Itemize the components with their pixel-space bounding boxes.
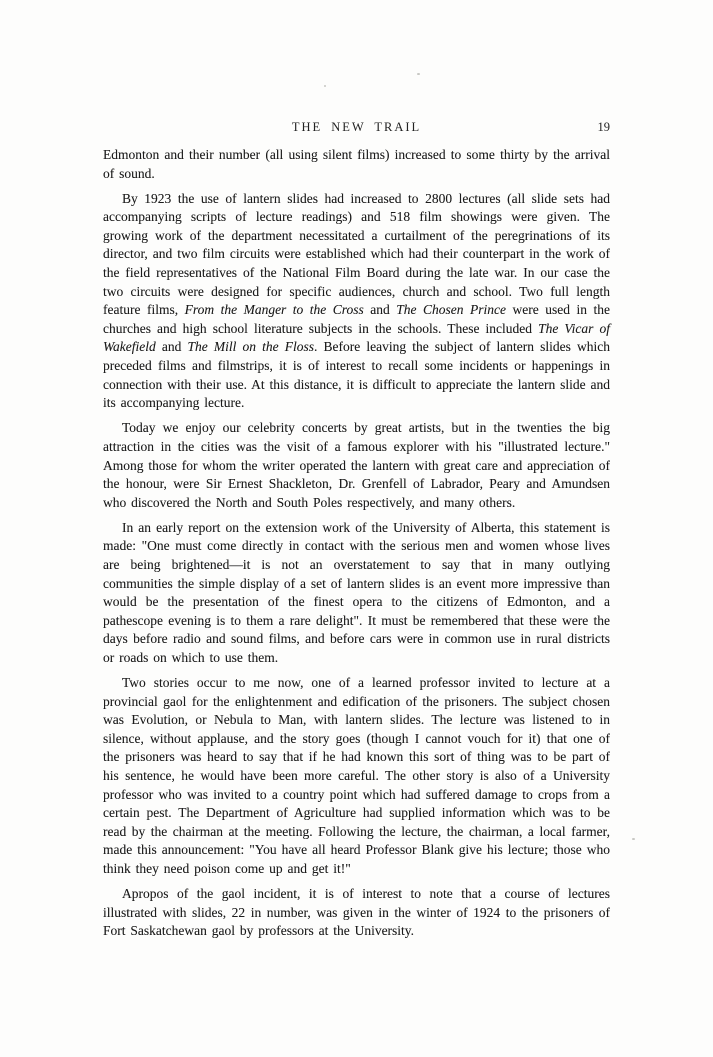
page-number: 19: [598, 120, 611, 135]
scan-speck: [324, 85, 326, 87]
paragraph: Edmonton and their number (all using sil…: [103, 146, 610, 183]
text-segment: Apropos of the gaol incident, it is of i…: [103, 886, 610, 938]
page-body: Edmonton and their number (all using sil…: [103, 146, 610, 947]
scan-speck: [417, 73, 420, 75]
paragraph: Two stories occur to me now, one of a le…: [103, 674, 610, 879]
text-segment: Edmonton and their number (all using sil…: [103, 147, 610, 181]
paragraph: Today we enjoy our celebrity concerts by…: [103, 419, 610, 512]
italic-text-segment: The Chosen Prince: [396, 302, 506, 317]
text-segment: and: [364, 302, 396, 317]
scan-speck: [632, 838, 635, 840]
italic-text-segment: From the Manger to the Cross: [185, 302, 364, 317]
paragraph: By 1923 the use of lantern slides had in…: [103, 190, 610, 413]
paragraph: In an early report on the extension work…: [103, 519, 610, 668]
paragraph: Apropos of the gaol incident, it is of i…: [103, 885, 610, 941]
text-segment: Today we enjoy our celebrity concerts by…: [103, 420, 610, 509]
running-head: THE NEW TRAIL 19: [103, 120, 610, 138]
text-segment: In an early report on the extension work…: [103, 520, 610, 665]
text-segment: By 1923 the use of lantern slides had in…: [103, 191, 610, 318]
page-title: THE NEW TRAIL: [103, 120, 610, 135]
text-segment: and: [156, 339, 188, 354]
text-segment: Two stories occur to me now, one of a le…: [103, 675, 610, 876]
italic-text-segment: The Mill on the Floss: [187, 339, 314, 354]
scanned-book-page: THE NEW TRAIL 19 Edmonton and their numb…: [0, 0, 713, 1057]
